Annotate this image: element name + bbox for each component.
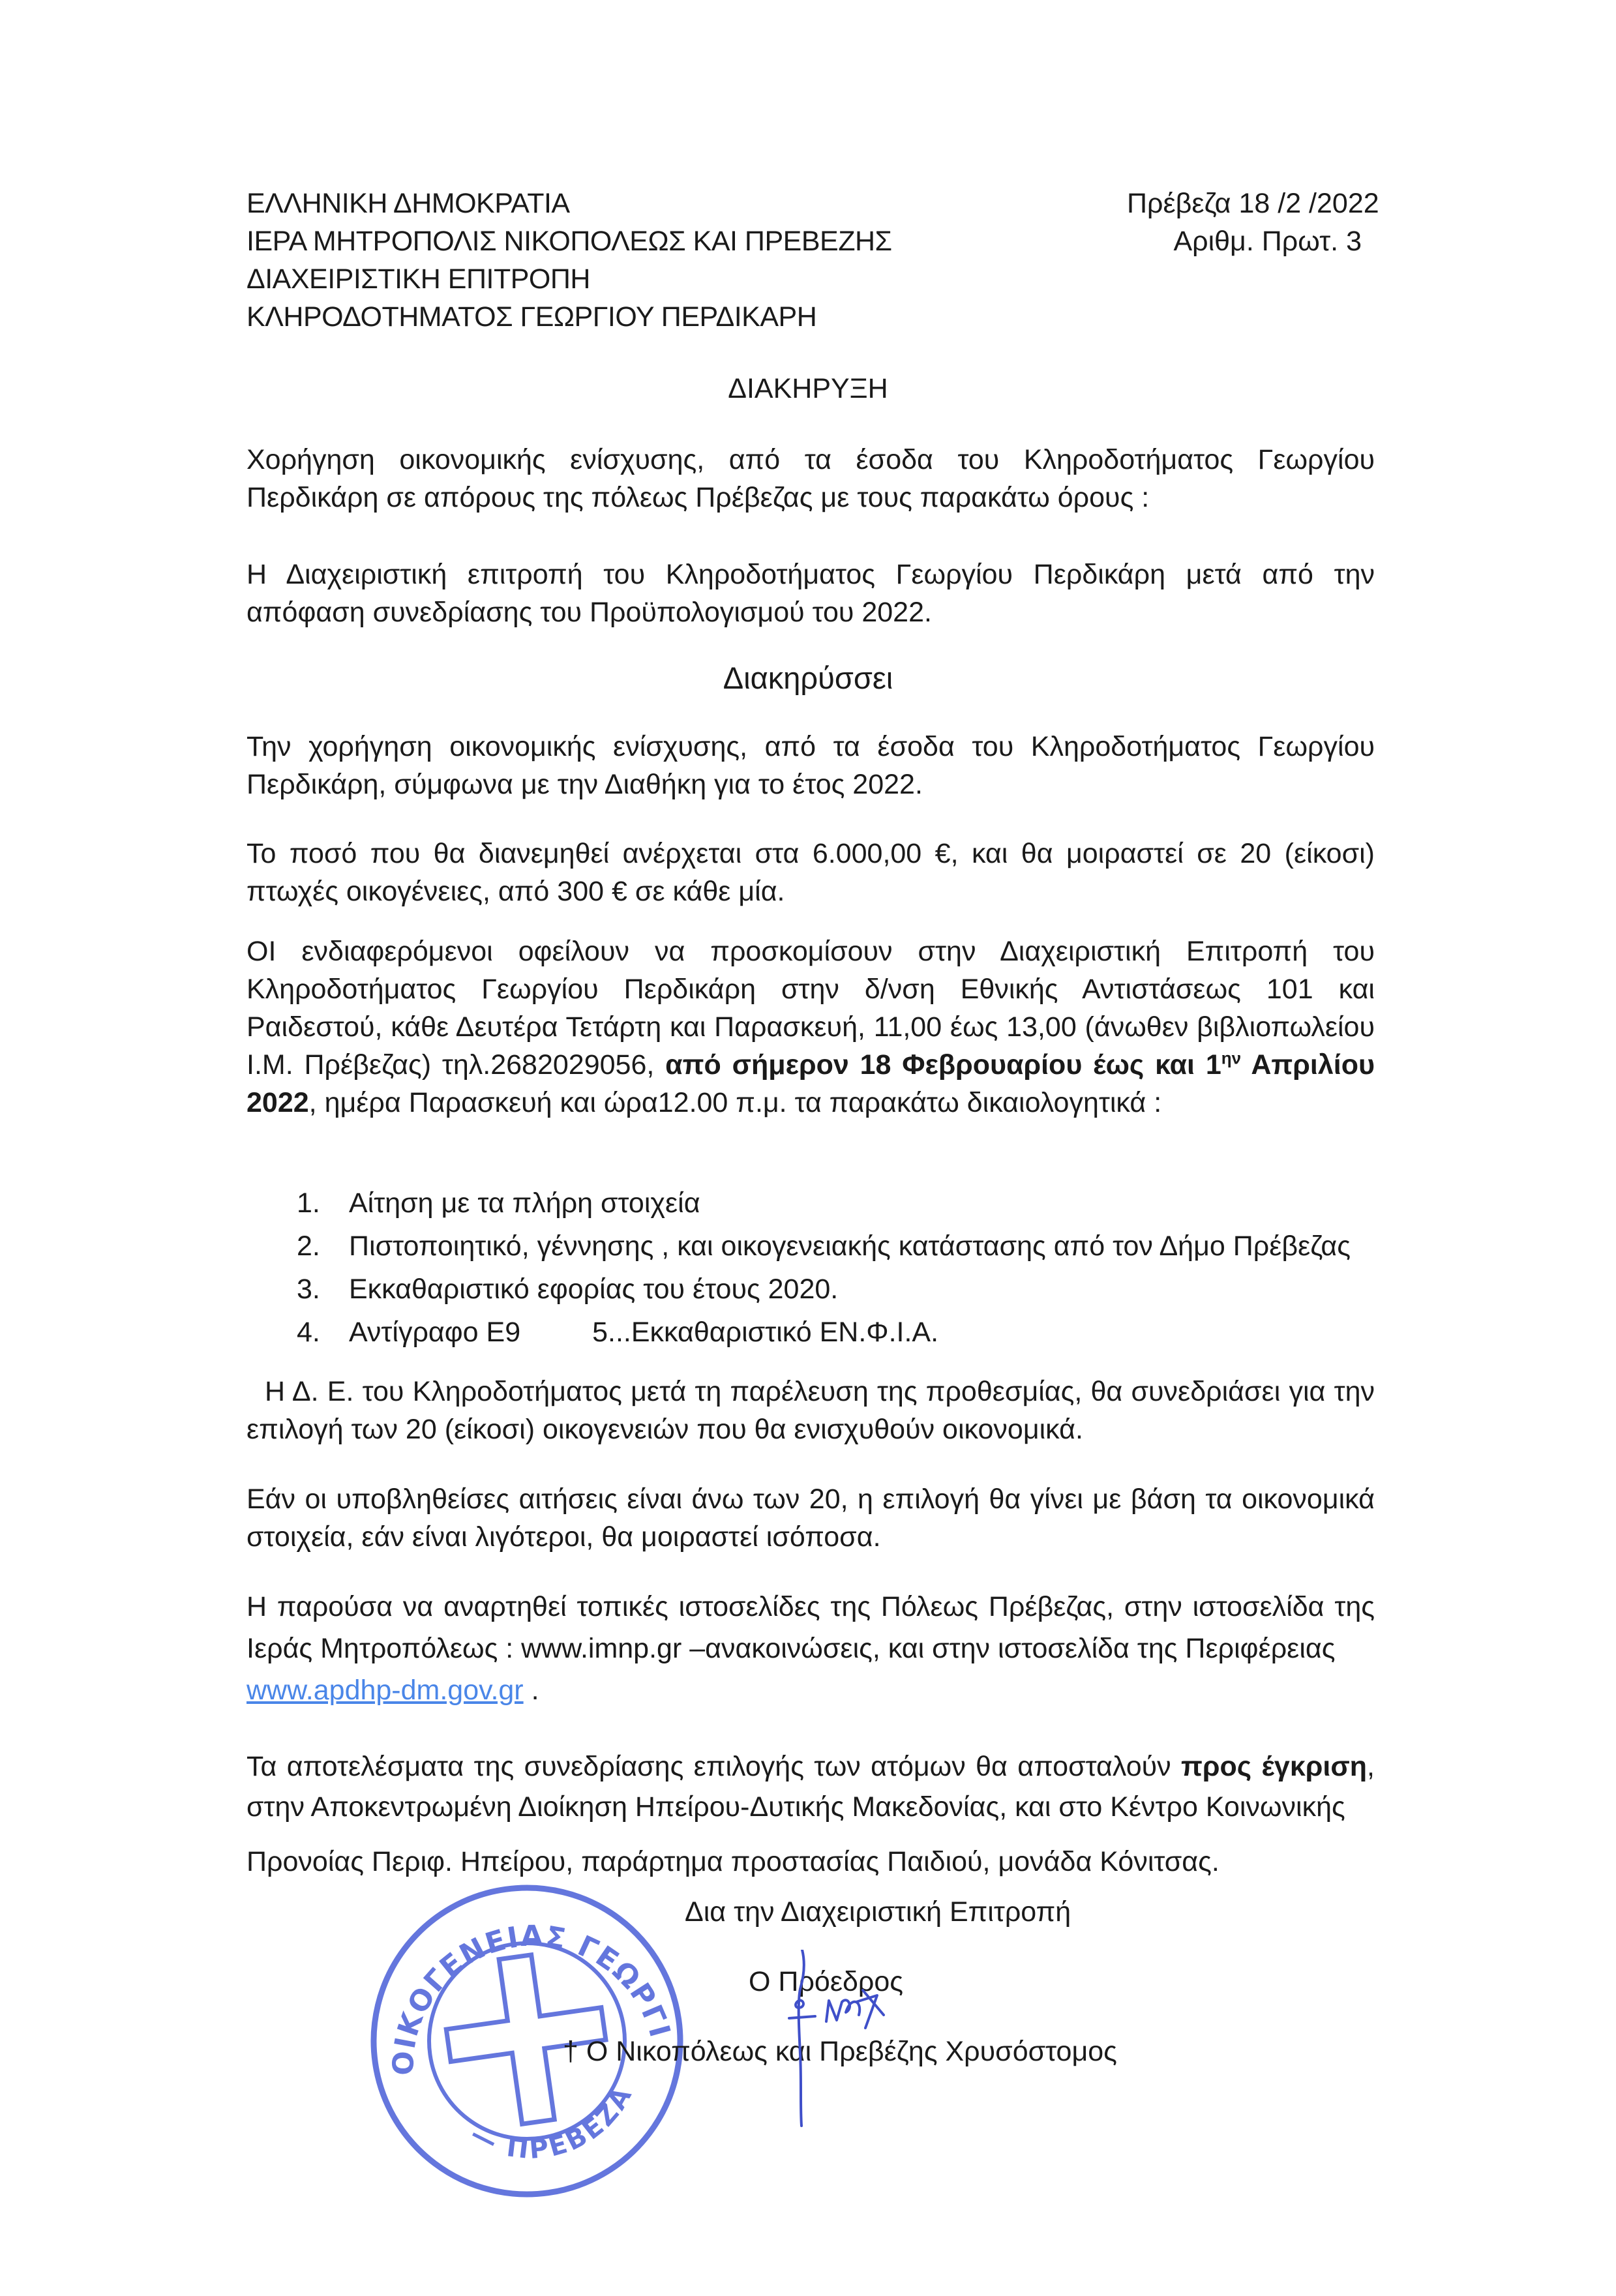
paragraph-selection: Εάν οι υποβληθείσες αιτήσεις είναι άνω τ… xyxy=(247,1480,1375,1556)
list-number: 1. xyxy=(297,1184,349,1222)
paragraph-submission: ΟΙ ενδιαφερόμενοι οφείλουν να προσκομίσο… xyxy=(247,932,1375,1122)
list-number: 4. xyxy=(297,1313,349,1351)
issuer-line: ΚΛΗΡΟΔΟΤΗΜΑΤΟΣ ΓΕΩΡΓΙΟΥ ΠΕΡΔΙΚΑΡΗ xyxy=(247,298,892,336)
approval-text: προς έγκριση xyxy=(1181,1751,1367,1782)
list-text-extra: 5...Εκκαθαριστικό ΕΝ.Φ.Ι.Α. xyxy=(592,1317,938,1348)
paragraph-results-line1: Τα αποτελέσματα της συνεδρίασης επιλογής… xyxy=(247,1748,1375,1785)
place-date: Πρέβεζα 18 /2 /2022 xyxy=(1127,185,1375,222)
handwritten-signature xyxy=(786,1950,936,2132)
deadline-ordinal: ην xyxy=(1221,1049,1241,1068)
publication-text: Η παρούσα να αναρτηθεί τοπικές ιστοσελίδ… xyxy=(247,1591,1375,1664)
list-item: 3.Εκκαθαριστικό εφορίας του έτους 2020. xyxy=(297,1270,1351,1308)
signature-icon xyxy=(786,1950,936,2132)
list-text: Εκκαθαριστικό εφορίας του έτους 2020. xyxy=(349,1274,838,1305)
paragraph-grant: Την χορήγηση οικονομικής ενίσχυσης, από … xyxy=(247,728,1375,803)
list-item: 2.Πιστοποιητικό, γέννησης , και οικογενε… xyxy=(297,1227,1351,1265)
date-block: Πρέβεζα 18 /2 /2022 Αριθμ. Πρωτ. 3 xyxy=(1127,185,1375,260)
issuer-block: ΕΛΛΗΝΙΚΗ ΔΗΜΟΚΡΑΤΙΑ ΙΕΡΑ ΜΗΤΡΟΠΟΛΙΣ ΝΙΚΟ… xyxy=(247,185,892,336)
list-text: Πιστοποιητικό, γέννησης , και οικογενεια… xyxy=(349,1230,1351,1262)
committee-label: Δια την Διαχειριστική Επιτροπή xyxy=(685,1896,1071,1928)
issuer-line: ΕΛΛΗΝΙΚΗ ΔΗΜΟΚΡΑΤΙΑ xyxy=(247,185,892,222)
submission-tail: , ημέρα Παρασκευή και ώρα12.00 π.μ. τα π… xyxy=(309,1087,1161,1118)
publication-tail: . xyxy=(524,1675,539,1706)
required-documents-list: 1.Αίτηση με τα πλήρη στοιχεία 2.Πιστοποι… xyxy=(297,1184,1351,1351)
protocol-number: Αριθμ. Πρωτ. 3 xyxy=(1127,222,1375,260)
paragraph-intro-2: Η Διαχειριστική επιτροπή του Κληροδοτήμα… xyxy=(247,556,1375,631)
paragraph-amount: Το ποσό που θα διανεμηθεί ανέρχεται στα … xyxy=(247,835,1375,910)
list-text: Αίτηση με τα πλήρη στοιχεία xyxy=(349,1187,700,1219)
paragraph-committee: Η Δ. Ε. του Κληροδοτήματος μετά τη παρέλ… xyxy=(247,1373,1375,1448)
list-number: 3. xyxy=(297,1270,349,1308)
deadline-start: από σήμερον 18 Φεβρουαρίου έως και 1 xyxy=(665,1049,1221,1081)
list-number: 2. xyxy=(297,1227,349,1265)
list-text: Αντίγραφο Ε9 xyxy=(349,1317,520,1348)
document-subtitle: Διακηρύσσει xyxy=(0,660,1616,696)
paragraph-publication: Η παρούσα να αναρτηθεί τοπικές ιστοσελίδ… xyxy=(247,1586,1375,1711)
paragraph-intro-1: Χορήγηση οικονομικής ενίσχυσης, από τα έ… xyxy=(247,441,1375,516)
issuer-line: ΙΕΡΑ ΜΗΤΡΟΠΟΛΙΣ ΝΙΚΟΠΟΛΕΩΣ ΚΑΙ ΠΡΕΒΕΖΗΣ xyxy=(247,222,892,260)
list-item: 1.Αίτηση με τα πλήρη στοιχεία xyxy=(297,1184,1351,1222)
region-website-link[interactable]: www.apdhp-dm.gov.gr xyxy=(247,1675,524,1706)
paragraph-results-line2: στην Αποκεντρωμένη Διοίκηση Ηπείρου-Δυτι… xyxy=(247,1788,1375,1826)
document-title: ΔΙΑΚΗΡΥΞΗ xyxy=(0,373,1616,405)
results-text: Τα αποτελέσματα της συνεδρίασης επιλογής… xyxy=(247,1751,1181,1782)
list-item: 4.Αντίγραφο Ε95...Εκκαθαριστικό ΕΝ.Φ.Ι.Α… xyxy=(297,1313,1351,1351)
issuer-line: ΔΙΑΧΕΙΡΙΣΤΙΚΗ ΕΠΙΤΡΟΠΗ xyxy=(247,260,892,298)
